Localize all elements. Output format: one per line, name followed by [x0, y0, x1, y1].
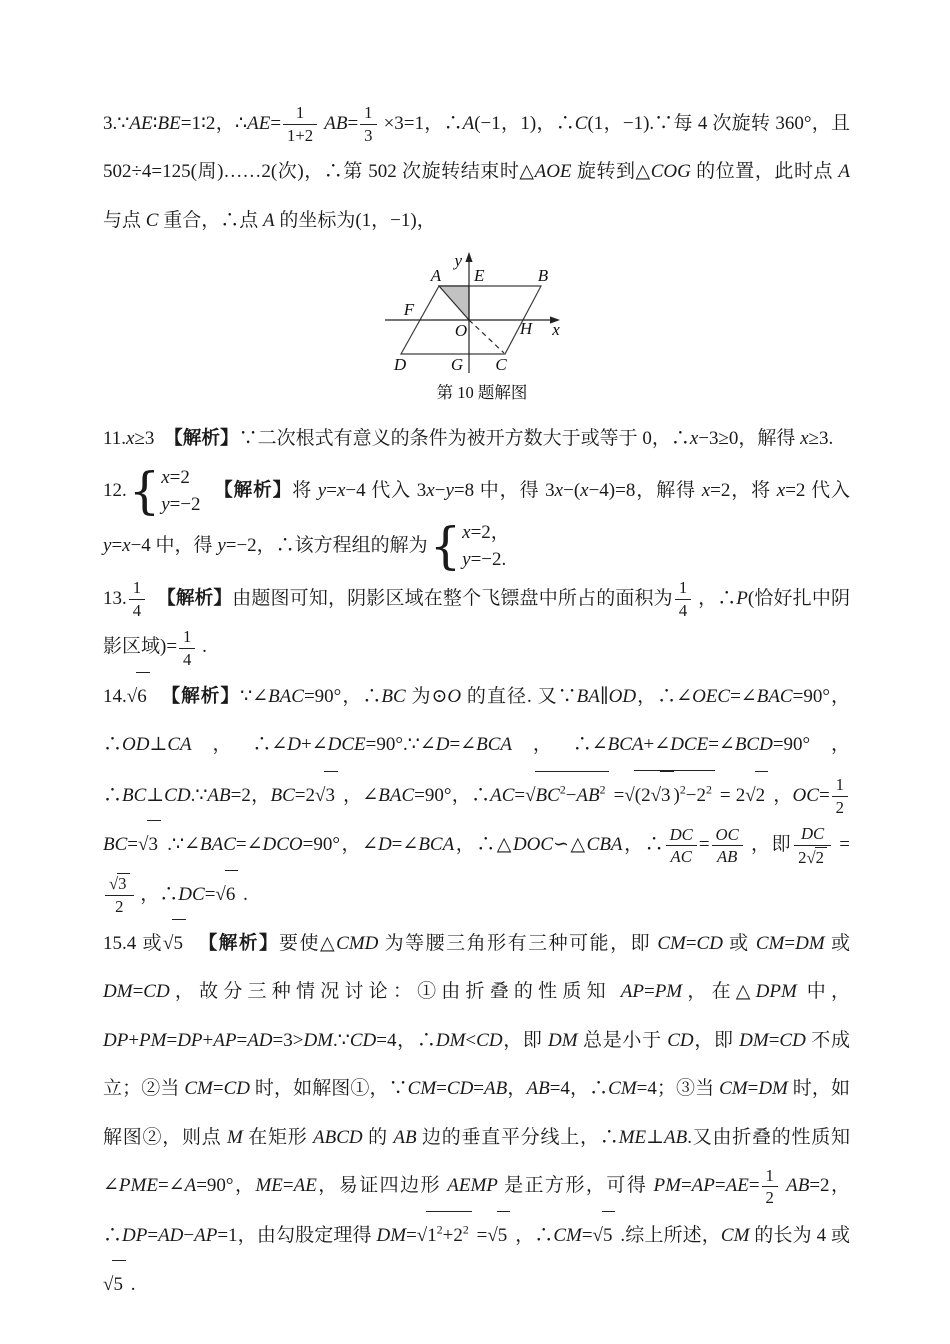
text-run: =	[147, 1225, 158, 1246]
text-run: 或	[723, 933, 756, 954]
square-root: √5	[593, 1211, 616, 1260]
text-run: +∠	[644, 734, 671, 755]
math-variable: A	[185, 1175, 197, 1196]
text-run: 1	[364, 103, 372, 122]
math-variable: AD	[247, 1030, 272, 1051]
text-run: 是正方形，可得	[498, 1175, 654, 1196]
math-variable: x	[462, 522, 470, 543]
text-run: 1+2	[287, 126, 313, 145]
text-run: 2	[836, 798, 844, 817]
text-run: 与点	[103, 210, 146, 231]
math-variable: CD	[350, 1030, 376, 1051]
math-variable: AOE	[535, 161, 572, 182]
math-variable: OEC	[692, 686, 730, 707]
math-variable: AB	[324, 113, 347, 134]
text-run: 1	[133, 578, 141, 597]
text-run: (2	[635, 785, 651, 806]
label-point-G: G	[451, 355, 463, 374]
text-run: =90°，∠	[303, 834, 378, 855]
text-run: =8 中，得 3	[454, 480, 555, 501]
math-variable: CD	[164, 785, 190, 806]
math-variable: DP	[103, 1030, 128, 1051]
text-run: =	[749, 1175, 760, 1196]
text-run: −	[566, 785, 577, 806]
text-run: .	[238, 884, 248, 905]
radicand: 5	[497, 1211, 511, 1260]
square-root: √6	[127, 672, 150, 721]
text-run: .综上所述，	[615, 1225, 720, 1246]
text-run: =	[326, 480, 337, 501]
text-run: ，∴∠	[192, 734, 288, 755]
math-variable: AE	[294, 1175, 317, 1196]
text-run: −4 中，得	[131, 535, 218, 556]
math-variable: DC	[670, 825, 693, 844]
text-run: =	[715, 1175, 726, 1196]
fraction-numerator: 1	[360, 103, 376, 125]
text-run: 3	[661, 785, 671, 806]
text-run: <	[465, 1030, 476, 1051]
text-run: 的长为 4 或	[749, 1225, 850, 1246]
math-variable: BE	[158, 113, 181, 134]
text-run: ∽△	[553, 834, 587, 855]
math-variable: P	[736, 588, 748, 609]
solution-paragraph-11: 11.x≥3 【解析】∵二次根式有意义的条件为被开方数大于或等于 0，∴x−3≥…	[103, 414, 850, 463]
math-variable: x	[161, 467, 169, 488]
text-run: =	[699, 834, 710, 855]
math-variable: CM	[721, 1225, 750, 1246]
text-run: ，∴	[136, 884, 179, 905]
math-variable: DM	[795, 933, 825, 954]
text-run: =	[769, 1030, 780, 1051]
radicand: 5	[602, 1211, 616, 1260]
text-run: =	[748, 1078, 759, 1099]
fraction-denominator: 1+2	[283, 125, 317, 146]
math-variable: AB	[664, 1127, 687, 1148]
text-run: 中，	[797, 981, 850, 1002]
text-run: 3	[325, 785, 335, 806]
fraction: 11+2	[283, 103, 317, 145]
math-variable: CD	[224, 1078, 250, 1099]
fraction-numerator: √3	[105, 873, 134, 896]
math-variable: DM	[739, 1030, 769, 1051]
text-run: =	[833, 834, 850, 855]
text-run: =4，∴	[550, 1078, 608, 1099]
math-variable: AC	[671, 847, 692, 866]
math-variable: BC	[122, 785, 146, 806]
text-run: =2	[295, 785, 315, 806]
math-variable: AB	[207, 785, 230, 806]
text-run: =	[236, 1030, 247, 1051]
text-run: =1∶2，∴	[181, 113, 247, 134]
radicand: (2√3)2−22	[634, 770, 715, 820]
math-variable: AE	[726, 1175, 749, 1196]
text-run: ∥	[600, 686, 609, 707]
text-run: =	[436, 1078, 447, 1099]
text-run: ⊥	[149, 734, 167, 755]
text-run: =∠	[708, 734, 735, 755]
math-variable: CMD	[336, 933, 378, 954]
text-run: ，即	[745, 834, 792, 855]
equation-system: {x=2，y=−2.	[430, 519, 510, 574]
label-point-D: D	[393, 355, 407, 374]
math-variable: BA	[577, 686, 600, 707]
math-variable: BAC	[757, 686, 793, 707]
dashed-line-OC	[469, 320, 504, 353]
text-run: ，易证四边形	[317, 1175, 447, 1196]
math-variable: ME	[619, 1127, 646, 1148]
math-variable: CBA	[587, 834, 623, 855]
math-variable: AC	[490, 785, 514, 806]
label-point-B: B	[538, 266, 549, 285]
text-run: ，∴△	[454, 834, 513, 855]
text-run: 11.	[103, 428, 126, 449]
math-variable: AB	[526, 1078, 549, 1099]
text-run: =	[784, 933, 795, 954]
label-point-C: C	[495, 355, 507, 374]
math-variable: DM	[103, 981, 133, 1002]
square-root: √3	[138, 820, 161, 869]
analysis-label: 【解析】	[166, 587, 232, 608]
math-variable: CD	[667, 1030, 693, 1051]
fraction-denominator: AC	[666, 846, 697, 867]
text-run: 2	[816, 848, 824, 867]
math-variable: DP	[177, 1030, 202, 1051]
label-point-O: O	[455, 321, 467, 340]
text-run: 为⊙	[406, 686, 448, 707]
text-run: −(	[563, 480, 580, 501]
math-variable: x	[580, 480, 588, 501]
text-run: ，故分三种情况讨论：①由折叠的性质知	[170, 981, 621, 1002]
text-run: 5	[498, 1225, 508, 1246]
math-variable: BAC	[378, 785, 414, 806]
math-variable: DP	[122, 1225, 147, 1246]
fraction-numerator: 1	[283, 103, 317, 125]
document-page: 3.∵AE∶BE=1∶2，∴AE=11+2 AB=13 ×3=1，∴A(−1，1…	[0, 0, 950, 1344]
text-run: 的坐标为(1，−1)，	[275, 210, 436, 231]
math-variable: DOC	[513, 834, 553, 855]
text-run: ，∴	[510, 1225, 553, 1246]
analysis-label: 【解析】	[173, 427, 238, 448]
text-run: =	[283, 1175, 294, 1196]
text-run: 4	[679, 601, 687, 620]
fraction-numerator: 1	[179, 627, 195, 649]
math-variable: BC	[536, 785, 560, 806]
analysis-label: 【解析】	[223, 479, 292, 500]
text-run: 2	[766, 1188, 774, 1207]
radicand: 2	[815, 847, 827, 868]
math-variable: PME	[119, 1175, 158, 1196]
math-variable: ABCD	[313, 1127, 363, 1148]
math-variable: CM	[657, 933, 686, 954]
text-run: 5	[603, 1225, 613, 1246]
fraction: √32	[105, 873, 134, 916]
text-run: =90°.∵∠	[366, 734, 436, 755]
text-run: =90°，∴	[304, 686, 381, 707]
radicand: 3	[117, 873, 129, 894]
math-variable: x	[426, 480, 434, 501]
text-run: 5	[173, 933, 183, 954]
math-variable: y	[462, 549, 470, 570]
text-run: 2	[756, 785, 766, 806]
text-run: 1	[183, 627, 191, 646]
y-axis-arrow-icon	[465, 252, 472, 262]
text-run: =	[213, 1078, 224, 1099]
math-variable: x	[122, 535, 130, 556]
text-run: 为等腰三角形有三种可能，即	[378, 933, 657, 954]
square-root: √5	[163, 919, 186, 968]
text-run: =	[347, 113, 358, 134]
text-run: +2	[443, 1225, 463, 1246]
math-variable: CM	[719, 1078, 748, 1099]
text-run: +	[128, 1030, 139, 1051]
label-point-F: F	[403, 300, 415, 319]
text-run: =	[133, 981, 144, 1002]
text-run: 或	[825, 933, 850, 954]
math-variable: CD	[447, 1078, 473, 1099]
math-variable: x	[690, 428, 698, 449]
math-variable: D	[436, 734, 450, 755]
label-y-axis: y	[452, 251, 462, 270]
square-root: √6	[215, 870, 238, 919]
math-variable: D	[287, 734, 301, 755]
text-run: =	[270, 113, 281, 134]
math-variable: y	[445, 480, 453, 501]
text-run: =	[111, 535, 122, 556]
text-run: =	[644, 981, 655, 1002]
radicand: 6	[136, 672, 150, 721]
text-run: −4 代入 3	[345, 480, 426, 501]
math-variable: AB	[717, 847, 737, 866]
fraction-numerator: DC	[794, 824, 831, 846]
text-run: 14.	[103, 686, 127, 707]
math-variable: CD	[143, 981, 169, 1002]
text-run: ⊥	[146, 785, 164, 806]
text-run: ，∴	[623, 834, 664, 855]
math-variable: y	[161, 494, 169, 515]
fraction: 14	[675, 578, 691, 620]
math-variable: OC	[793, 785, 819, 806]
equation-line: x=2	[161, 464, 200, 492]
math-variable: DCE	[670, 734, 708, 755]
math-variable: y	[217, 535, 225, 556]
text-run: 13.	[103, 588, 127, 609]
text-run: 1	[836, 775, 844, 794]
shaded-triangle-AEO	[439, 286, 469, 320]
text-run: 1	[296, 103, 304, 122]
text-run	[147, 588, 166, 609]
text-run: =−2，∴该方程组的解为	[226, 535, 428, 556]
text-run: 4	[133, 601, 141, 620]
fraction: 14	[179, 627, 195, 669]
math-variable: CM	[408, 1078, 437, 1099]
fraction: 12	[762, 1166, 778, 1208]
text-run: 要使△	[279, 933, 336, 954]
text-run: 6	[137, 686, 147, 707]
text-run: 旋转到△	[572, 161, 651, 182]
radicand: 3	[147, 820, 161, 869]
text-run: =2	[170, 467, 190, 488]
text-run: =	[681, 1175, 692, 1196]
text-run: 4	[183, 650, 191, 669]
math-variable: PM	[139, 1030, 166, 1051]
math-variable: C	[146, 210, 159, 231]
text-run: =	[205, 884, 216, 905]
fraction: OCAB	[712, 825, 743, 867]
text-run: .∵	[191, 785, 208, 806]
math-variable: BCA	[418, 834, 454, 855]
fraction-denominator: 2	[762, 1187, 778, 1208]
text-run: =	[582, 1225, 593, 1246]
fraction-denominator: 2√2	[794, 846, 831, 868]
text-run: .∵	[333, 1030, 350, 1051]
math-variable: CM	[184, 1078, 213, 1099]
fraction: 13	[360, 103, 376, 145]
square-root: √2	[745, 771, 768, 820]
fraction-numerator: DC	[666, 825, 697, 847]
radicand: 5	[172, 919, 186, 968]
math-variable: D	[378, 834, 392, 855]
math-variable: AP	[213, 1030, 236, 1051]
math-variable: AB	[576, 785, 599, 806]
math-variable: CM	[553, 1225, 582, 1246]
solution-paragraph-12: 12.{x=2y=−2 【解析】将 y=x−4 代入 3x−y=8 中，得 3x…	[103, 464, 850, 574]
superscript: 2	[706, 783, 712, 796]
math-variable: DM	[548, 1030, 578, 1051]
fraction-denominator: 4	[675, 600, 691, 621]
text-run: = 2	[715, 785, 745, 806]
text-run: =∠	[730, 686, 757, 707]
text-run: =1，由勾股定理得	[217, 1225, 376, 1246]
math-variable: CM	[608, 1078, 637, 1099]
math-variable: x	[777, 480, 785, 501]
math-variable: DPM	[756, 981, 797, 1002]
radicand: 6	[225, 870, 239, 919]
math-variable: PM	[655, 981, 682, 1002]
figure-caption: 第 10 题解图	[437, 383, 528, 402]
fraction: DCAC	[666, 825, 697, 867]
problem10-figure: y A E B F O H x D G C 第 10 题解图	[340, 249, 620, 410]
text-run: =4；③当	[637, 1078, 719, 1099]
equation-lines: x=2，y=−2.	[462, 519, 510, 574]
text-run	[150, 686, 171, 707]
math-variable: PM	[654, 1175, 681, 1196]
text-run: 2	[798, 848, 806, 867]
math-variable: y	[318, 480, 326, 501]
square-root: √(2√3)2−22	[624, 770, 715, 820]
fraction-denominator: 2	[832, 797, 848, 818]
text-run: =	[819, 785, 830, 806]
radicand: 5	[112, 1260, 126, 1309]
fraction: 12	[832, 775, 848, 817]
text-run: ⊥	[646, 1127, 664, 1148]
text-run: 3	[118, 874, 126, 893]
text-run: 将	[292, 480, 318, 501]
text-run: =	[472, 1225, 488, 1246]
equation-system: {x=2y=−2	[129, 464, 201, 519]
math-variable: AE	[247, 113, 270, 134]
text-run: =∠	[236, 834, 263, 855]
text-run: ∵二次根式有意义的条件为被开方数大于或等于 0，∴	[239, 428, 690, 449]
text-run: 6	[226, 884, 236, 905]
fraction-denominator: 2	[105, 896, 134, 917]
solution-paragraph-13: 13.14 【解析】由题图可知，阴影区域在整个飞镖盘中所占的面积为14 ，∴P(…	[103, 574, 850, 672]
math-variable: AB	[393, 1127, 416, 1148]
math-variable: O	[447, 686, 461, 707]
text-run: −3≥0，解得	[698, 428, 800, 449]
superscript: 2	[600, 783, 606, 796]
text-run: =	[514, 785, 525, 806]
text-run: ∵∠	[240, 686, 268, 707]
text-run: ≥3	[134, 428, 173, 449]
square-root: √3	[651, 771, 674, 820]
text-run: 的	[363, 1127, 394, 1148]
math-variable: BC	[103, 834, 127, 855]
text-run: 由题图可知，阴影区域在整个飞镖盘中所占的面积为	[232, 588, 673, 609]
left-brace: {	[430, 522, 461, 571]
math-variable: AP	[692, 1175, 715, 1196]
square-root: √2	[806, 847, 827, 868]
math-variable: CD	[476, 1030, 502, 1051]
text-run: +∠	[301, 734, 328, 755]
square-root: √12+22	[417, 1211, 472, 1260]
solution-paragraph-15: 15.4 或√5 【解析】要使△CMD 为等腰三角形有三种可能，即 CM=CD …	[103, 919, 850, 1310]
text-run: 3	[148, 834, 158, 855]
math-variable: CD	[697, 933, 723, 954]
text-run	[203, 480, 224, 501]
equation-line: y=−2	[161, 491, 200, 519]
math-variable: AB	[786, 1175, 809, 1196]
math-variable: BC	[381, 686, 405, 707]
text-run: ，∴∠	[512, 734, 608, 755]
math-variable: DM	[436, 1030, 466, 1051]
math-variable: OD	[609, 686, 636, 707]
text-run: 总是小于	[578, 1030, 668, 1051]
text-run: =4，∴	[376, 1030, 436, 1051]
fraction-denominator: 4	[179, 649, 195, 670]
text-run: =	[686, 933, 697, 954]
text-run: =	[127, 834, 138, 855]
math-variable: AD	[158, 1225, 183, 1246]
radicand: 3	[660, 771, 674, 820]
fraction-numerator: 1	[832, 775, 848, 797]
text-run: =∠	[392, 834, 419, 855]
math-variable: AEMP	[447, 1175, 498, 1196]
text-run: =2，将	[710, 480, 777, 501]
square-root: √3	[109, 873, 130, 894]
math-variable: BAC	[268, 686, 304, 707]
fraction-denominator: AB	[712, 846, 743, 867]
math-variable: AP	[621, 981, 644, 1002]
math-variable: BCA	[476, 734, 512, 755]
text-run: (−1，1)，∴	[474, 113, 575, 134]
math-variable: x	[702, 480, 710, 501]
square-root: √BC2−AB2	[525, 771, 608, 820]
math-variable: BCA	[608, 734, 644, 755]
text-run: 3.∵	[103, 113, 129, 134]
text-run: =∠	[158, 1175, 185, 1196]
fraction-numerator: OC	[712, 825, 743, 847]
fraction-denominator: 3	[360, 125, 376, 146]
text-run: ，	[507, 1078, 526, 1099]
analysis-label: 【解析】	[208, 932, 279, 953]
math-variable: M	[227, 1127, 243, 1148]
math-variable: x	[555, 480, 563, 501]
math-variable: DM	[377, 1225, 407, 1246]
text-run: 15.4 或	[103, 933, 163, 954]
label-point-A: A	[430, 266, 442, 285]
text-run: 2	[115, 897, 123, 916]
math-variable: DC	[801, 824, 824, 843]
